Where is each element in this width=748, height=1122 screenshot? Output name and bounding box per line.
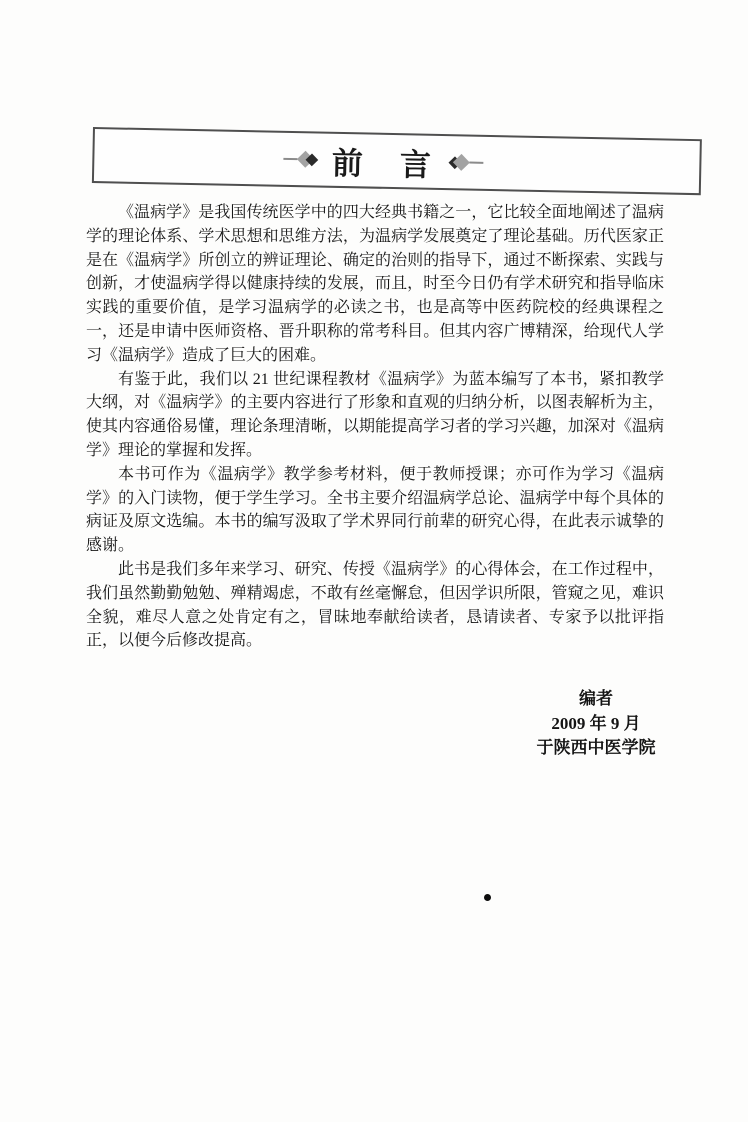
text-line: 《温病学》是我国传统医学中的四大经典书籍之一，它比较全面地阐述了温病	[86, 201, 664, 225]
text-line: 创新，才使温病学得以健康持续的发展，而且，时至今日仍有学术研究和指导临床	[86, 272, 664, 296]
text-line: 此书是我们多年来学习、研究、传授《温病学》的心得体会，在工作过程中，	[86, 558, 664, 582]
preface-title-group: 前 言	[282, 136, 483, 185]
text-line: 学》的入门读物，便于学生学习。全书主要介绍温病学总论、温病学中每个具体的	[86, 487, 664, 511]
text-line: 使其内容通俗易懂，理论条理清晰，以期能提高学习者的学习兴趣，加深对《温病	[86, 415, 664, 439]
scanned-book-page: 前 言 《温病学》是我国传统医学中的四大经典书籍之一，它比较全面地阐述了温病学的…	[0, 0, 748, 1122]
text-line: 学》理论的掌握和发挥。	[86, 439, 664, 463]
title-ornament-right-icon	[450, 156, 483, 169]
text-line: 全貌，难尽人意之处肯定有之，冒昧地奉献给读者，恳请读者、专家予以批评指	[86, 606, 664, 630]
text-line: 实践的重要价值，是学习温病学的必读之书，也是高等中医药院校的经典课程之	[86, 296, 664, 320]
text-line: 大纲，对《温病学》的主要内容进行了形象和直观的归纳分析，以图表解析为主，	[86, 391, 664, 415]
preface-title-box: 前 言	[92, 127, 702, 195]
title-ornament-left-icon	[283, 153, 316, 166]
text-line: 一，还是申请中医师资格、晋升职称的常考科目。但其内容广博精深，给现代人学	[86, 320, 664, 344]
ink-dot	[484, 894, 491, 901]
text-line: 本书可作为《温病学》教学参考材料，便于教师授课；亦可作为学习《温病	[86, 463, 664, 487]
text-line: 感谢。	[86, 534, 664, 558]
text-line: 我们虽然勤勤勉勉、殚精竭虑，不敢有丝毫懈怠，但因学识所限，管窥之见，难识	[86, 582, 664, 606]
ornament-tail	[469, 162, 483, 164]
signature-author: 编者	[470, 687, 722, 712]
text-line: 正，以便今后修改提高。	[86, 629, 664, 653]
signature-date: 2009 年 9 月	[470, 712, 722, 737]
text-line: 学的理论体系、学术思想和思维方法，为温病学发展奠定了理论基础。历代医家正	[86, 225, 664, 249]
signature-block: 编者 2009 年 9 月 于陕西中医学院	[470, 687, 722, 761]
text-line: 有鉴于此，我们以 21 世纪课程教材《温病学》为蓝本编写了本书，紧扣教学	[86, 368, 664, 392]
ornament-tail	[283, 158, 297, 160]
text-line: 是在《温病学》所创立的辨证理论、确定的治则的指导下，通过不断探索、实践与	[86, 249, 664, 273]
text-line: 病证及原文选编。本书的编写汲取了学术界同行前辈的研究心得，在此表示诚挚的	[86, 510, 664, 534]
signature-place: 于陕西中医学院	[470, 736, 722, 761]
preface-body: 《温病学》是我国传统医学中的四大经典书籍之一，它比较全面地阐述了温病学的理论体系…	[86, 201, 664, 653]
preface-title: 前 言	[331, 137, 434, 184]
text-line: 习《温病学》造成了巨大的困难。	[86, 344, 664, 368]
